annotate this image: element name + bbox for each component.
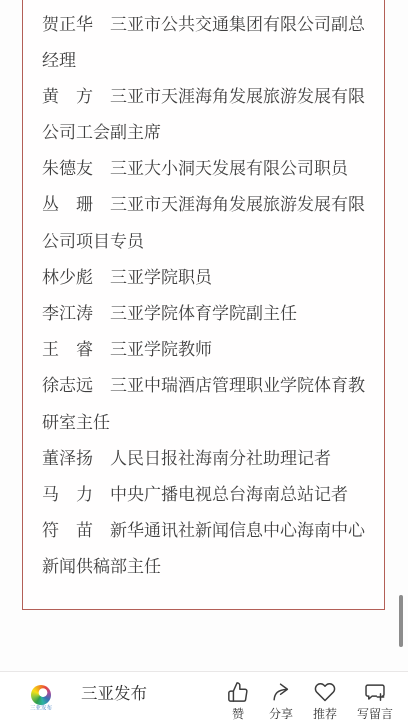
like-label: 赞: [232, 708, 244, 720]
account-logo-icon: [31, 685, 51, 705]
comment-label: 写留言: [357, 708, 393, 720]
account-logo: 三亚发布: [28, 685, 54, 714]
article-page: 贺正华 三亚市公共交通集团有限公司副总 经理 黄 方 三亚市天涯海角发展旅游发展…: [0, 0, 408, 723]
roster-line: 王 睿 三亚学院教师: [42, 332, 378, 368]
recommend-button[interactable]: 推荐: [313, 681, 337, 720]
roster-list: 贺正华 三亚市公共交通集团有限公司副总 经理 黄 方 三亚市天涯海角发展旅游发展…: [42, 7, 378, 586]
thumbs-up-icon: [227, 681, 249, 703]
roster-line: 董泽扬 人民日报社海南分社助理记者: [42, 441, 378, 477]
heart-icon: [314, 681, 336, 703]
roster-box: 贺正华 三亚市公共交通集团有限公司副总 经理 黄 方 三亚市天涯海角发展旅游发展…: [22, 0, 385, 610]
like-button[interactable]: 赞: [227, 681, 249, 720]
account-link[interactable]: 三亚发布 三亚发布: [28, 685, 147, 714]
scrollbar-thumb[interactable]: [399, 595, 403, 647]
action-bar: 赞 分享 推荐: [227, 681, 393, 720]
share-button[interactable]: 分享: [269, 681, 293, 720]
roster-line: 马 力 中央广播电视总台海南总站记者: [42, 477, 378, 513]
roster-line: 符 苗 新华通讯社新闻信息中心海南中心: [42, 513, 378, 549]
roster-line: 公司工会副主席: [42, 115, 378, 151]
roster-line: 林少彪 三亚学院职员: [42, 260, 378, 296]
roster-line: 公司项目专员: [42, 224, 378, 260]
roster-line: 贺正华 三亚市公共交通集团有限公司副总: [42, 7, 378, 43]
comment-button[interactable]: 写留言: [357, 681, 393, 720]
roster-line: 丛 珊 三亚市天涯海角发展旅游发展有限: [42, 187, 378, 223]
footer-toolbar: 三亚发布 三亚发布 赞: [0, 671, 408, 723]
account-logo-caption: 三亚发布: [30, 706, 52, 710]
roster-line: 朱德友 三亚大小洞天发展有限公司职员: [42, 151, 378, 187]
roster-line: 黄 方 三亚市天涯海角发展旅游发展有限: [42, 79, 378, 115]
roster-line: 新闻供稿部主任: [42, 549, 378, 585]
recommend-label: 推荐: [313, 708, 337, 720]
roster-line: 研室主任: [42, 405, 378, 441]
account-name: 三亚发布: [81, 686, 147, 703]
roster-line: 李江涛 三亚学院体育学院副主任: [42, 296, 378, 332]
share-label: 分享: [269, 708, 293, 720]
roster-line: 经理: [42, 43, 378, 79]
comment-plus-icon: [364, 681, 386, 703]
roster-line: 徐志远 三亚中瑞酒店管理职业学院体育教: [42, 368, 378, 404]
share-arrow-icon: [270, 681, 292, 703]
